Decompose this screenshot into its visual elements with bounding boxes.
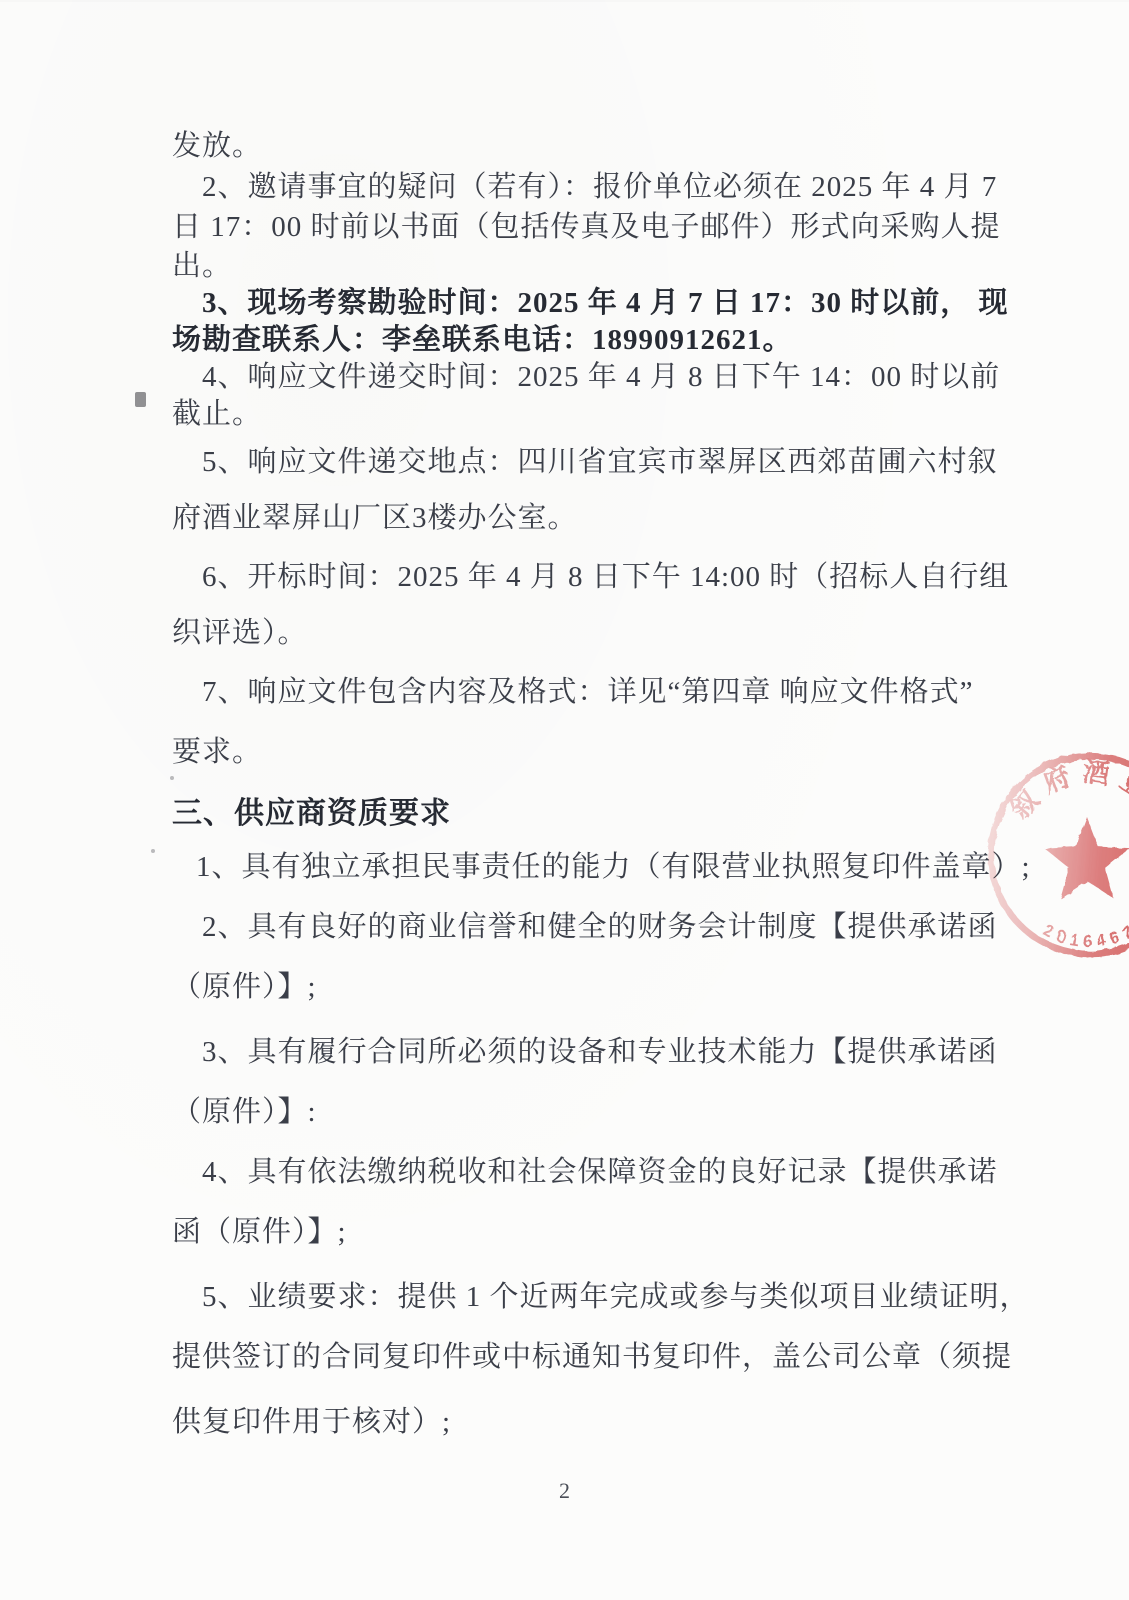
doc-line: 府酒业翠屏山厂区3楼办公室。	[172, 502, 578, 535]
doc-line: 7、响应文件包含内容及格式：详见“第四章 响应文件格式”	[172, 676, 974, 709]
doc-line: 3、现场考察勘验时间：2025 年 4 月 7 日 17：30 时以前， 现	[172, 287, 1009, 320]
scan-artifact	[135, 392, 146, 407]
doc-line: 提供签订的合同复印件或中标通知书复印件，盖公司公章（须提	[172, 1341, 1012, 1374]
doc-line: 织评选）。	[172, 617, 308, 650]
seal-top-text: 叙府酒业	[1004, 756, 1129, 825]
doc-line: 2、具有良好的商业信誉和健全的财务会计制度【提供承诺函	[172, 911, 998, 944]
doc-line: 函（原件）】;	[172, 1216, 347, 1249]
scan-speck	[151, 849, 155, 853]
doc-line: 截止。	[172, 398, 262, 431]
scan-speck	[170, 776, 174, 780]
star-icon	[1044, 817, 1129, 898]
svg-text:叙府酒业: 叙府酒业	[1004, 756, 1129, 825]
doc-line: 3、具有履行合同所必须的设备和专业技术能力【提供承诺函	[172, 1036, 998, 1069]
doc-line: 发放。	[172, 130, 262, 163]
doc-line: 2、邀请事宜的疑问（若有）：报价单位必须在 2025 年 4 月 7	[172, 171, 997, 204]
page-number: 2	[0, 1478, 1129, 1504]
doc-line: （原件）】:	[172, 1096, 317, 1129]
doc-line: 日 17：00 时前以书面（包括传真及电子邮件）形式向采购人提	[172, 211, 1001, 244]
doc-line: 5、响应文件递交地点：四川省宜宾市翠屏区西郊苗圃六村叙	[172, 446, 998, 479]
doc-line: 4、响应文件递交时间：2025 年 4 月 8 日下午 14：00 时以前	[172, 361, 1000, 394]
doc-line: 4、具有依法缴纳税收和社会保障资金的良好记录【提供承诺	[172, 1156, 998, 1189]
document-page: 发放。 2、邀请事宜的疑问（若有）：报价单位必须在 2025 年 4 月 7 日…	[0, 0, 1129, 1600]
doc-line: 5、业绩要求：提供 1 个近两年完成或参与类似项目业绩证明，	[172, 1281, 1030, 1314]
company-seal-stamp: 叙府酒业 2016467	[975, 742, 1129, 974]
doc-line: （原件）】;	[172, 971, 317, 1004]
doc-line: 1、具有独立承担民事责任的能力（有限营业执照复印件盖章）;	[172, 851, 1031, 884]
section-heading: 三、供应商资质要求	[172, 797, 451, 832]
doc-line: 6、开标时间：2025 年 4 月 8 日下午 14:00 时（招标人自行组	[172, 561, 1009, 594]
doc-line: 供复印件用于核对）;	[172, 1406, 451, 1439]
doc-line: 要求。	[172, 736, 262, 769]
doc-line: 场勘查联系人：李垒联系电话：18990912621。	[172, 324, 793, 357]
doc-line: 出。	[172, 250, 232, 283]
